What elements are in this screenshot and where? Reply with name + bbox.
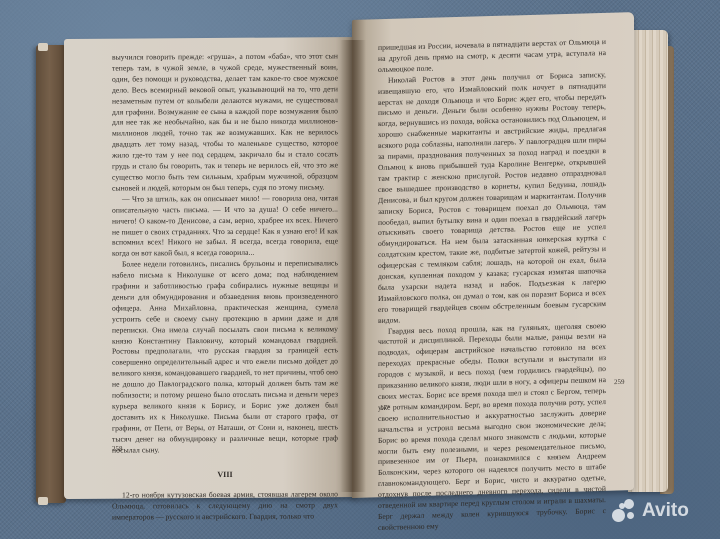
left-page-text: выучился говорить прежде: «груша», а пот… <box>112 51 338 523</box>
page-number-left: 258 <box>112 445 123 453</box>
right-page-text: пришедшая из России, ночевала в пятнадца… <box>378 37 606 534</box>
open-book: выучился говорить прежде: «груша», а пот… <box>0 0 720 539</box>
signature-mark: 17* <box>380 404 391 412</box>
paragraph: — Что за штиль, как он описывает мило! —… <box>112 193 338 260</box>
paragraph: Николай Ростов в этот день получил от Бо… <box>378 70 606 327</box>
paragraph: Более недели готовились, писались брульо… <box>112 259 338 456</box>
chapter-heading: VIII <box>112 469 338 481</box>
avito-watermark: Avito <box>612 498 689 524</box>
watermark-brand: Avito <box>642 500 689 522</box>
avito-logo-icon <box>612 498 638 524</box>
book-cover-left <box>36 45 66 503</box>
book-gutter <box>340 40 366 492</box>
paragraph: выучился говорить прежде: «груша», а пот… <box>112 51 338 194</box>
page-stack-edges <box>628 30 668 492</box>
page-number-right: 259 <box>614 378 625 386</box>
paragraph: 12-го ноября кутузовская боевая армия, с… <box>112 490 338 524</box>
paragraph: Гвардия весь поход прошла, как на гулянь… <box>378 321 606 534</box>
